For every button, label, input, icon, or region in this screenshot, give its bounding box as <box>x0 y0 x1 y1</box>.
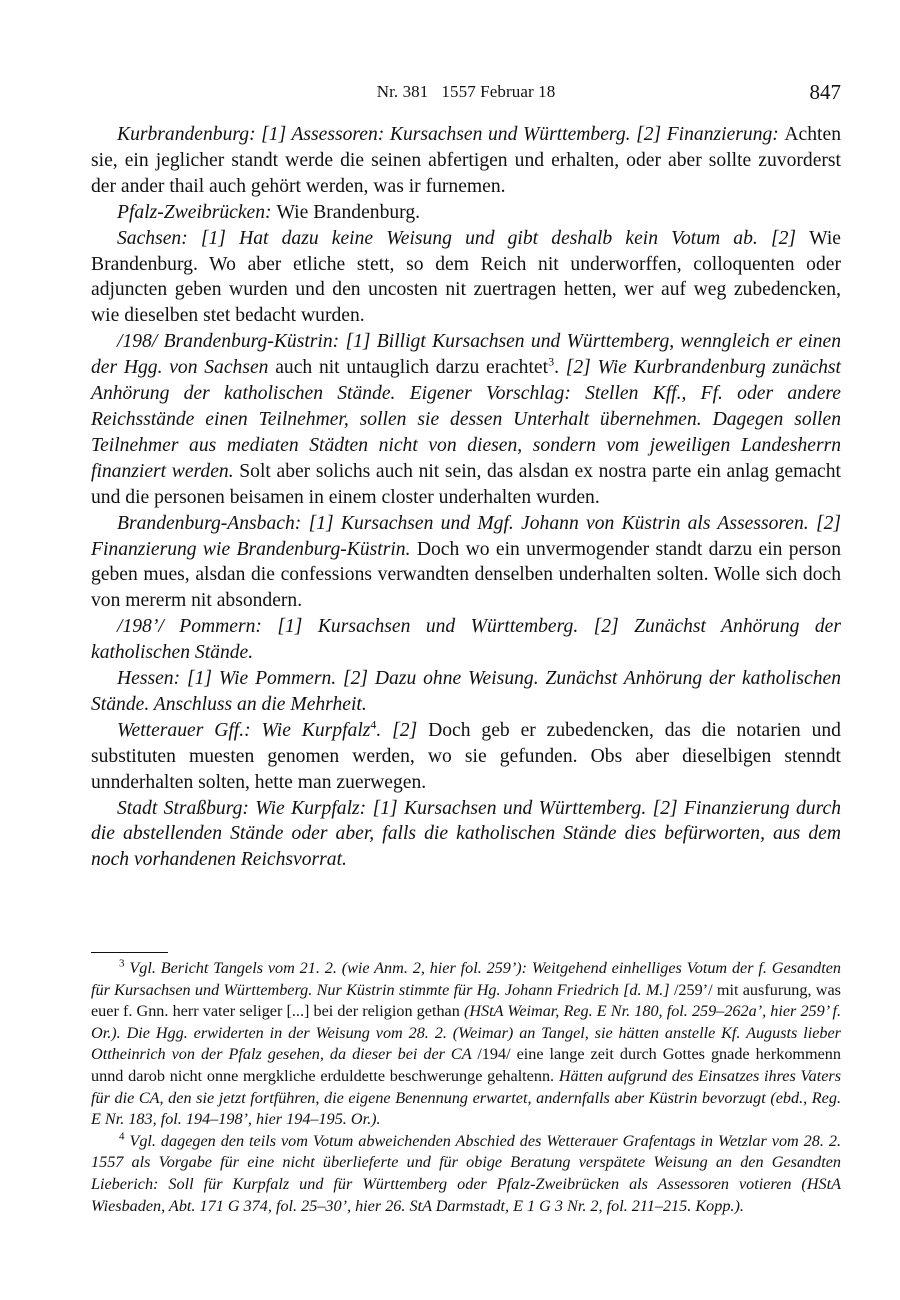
editorial-text: Hessen: [1] Wie Pommern. [2] Dazu ohne W… <box>91 668 841 715</box>
quoted-source-text: auch nit untauglich darzu erachtet <box>275 357 548 378</box>
running-title: Nr. 381 1557 Februar 18 <box>91 82 841 102</box>
editorial-text: Pfalz-Zweibrücken: <box>117 202 276 223</box>
paragraph-kurbrandenburg: Kurbrandenburg: [1] Assessoren: Kursachs… <box>91 122 841 200</box>
paragraph-pommern: /198’/ Pommern: [1] Kursachsen und Württ… <box>91 614 841 666</box>
editorial-text: . [2] <box>376 720 428 741</box>
footnote-divider <box>91 952 168 953</box>
editorial-text: Vgl. dagegen den teils vom Votum abweich… <box>91 1132 841 1215</box>
quoted-source-text: Wie Brandenburg. <box>276 202 420 223</box>
footnote-number: 4 <box>119 1130 125 1142</box>
editorial-text: Sachsen: [1] Hat dazu keine Weisung und … <box>117 228 809 249</box>
footnotes: 3 Vgl. Bericht Tangels vom 21. 2. (wie A… <box>91 958 841 1217</box>
editorial-text: Kurbrandenburg: [1] Assessoren: Kursachs… <box>117 124 784 145</box>
editorial-text: Wetterauer Gff.: Wie Kurpfalz <box>117 720 370 741</box>
page-number: 847 <box>810 80 842 105</box>
editorial-text: /198’/ Pommern: [1] Kursachsen und Württ… <box>91 616 841 663</box>
main-text: Kurbrandenburg: [1] Assessoren: Kursachs… <box>91 122 841 873</box>
paragraph-hessen: Hessen: [1] Wie Pommern. [2] Dazu ohne W… <box>91 666 841 718</box>
paragraph-pfalz-zweibruecken: Pfalz-Zweibrücken: Wie Brandenburg. <box>91 200 841 226</box>
paragraph-stadt-strassburg: Stadt Straßburg: Wie Kurpfalz: [1] Kursa… <box>91 796 841 874</box>
paragraph-brandenburg-ansbach: Brandenburg-Ansbach: [1] Kursachsen und … <box>91 511 841 615</box>
footnote-4: 4 Vgl. dagegen den teils vom Votum abwei… <box>91 1131 841 1217</box>
paragraph-wetterauer-grafen: Wetterauer Gff.: Wie Kurpfalz4. [2] Doch… <box>91 718 841 796</box>
editorial-text: Stadt Straßburg: Wie Kurpfalz: [1] Kursa… <box>91 798 841 871</box>
footnote-number: 3 <box>119 958 125 970</box>
paragraph-sachsen: Sachsen: [1] Hat dazu keine Weisung und … <box>91 226 841 330</box>
footnote-3: 3 Vgl. Bericht Tangels vom 21. 2. (wie A… <box>91 958 841 1131</box>
quoted-source-text: . <box>554 357 566 378</box>
page-header: Nr. 381 1557 Februar 18 847 <box>91 80 841 106</box>
paragraph-brandenburg-kuestrin: /198/ Brandenburg-Küstrin: [1] Billigt K… <box>91 329 841 510</box>
